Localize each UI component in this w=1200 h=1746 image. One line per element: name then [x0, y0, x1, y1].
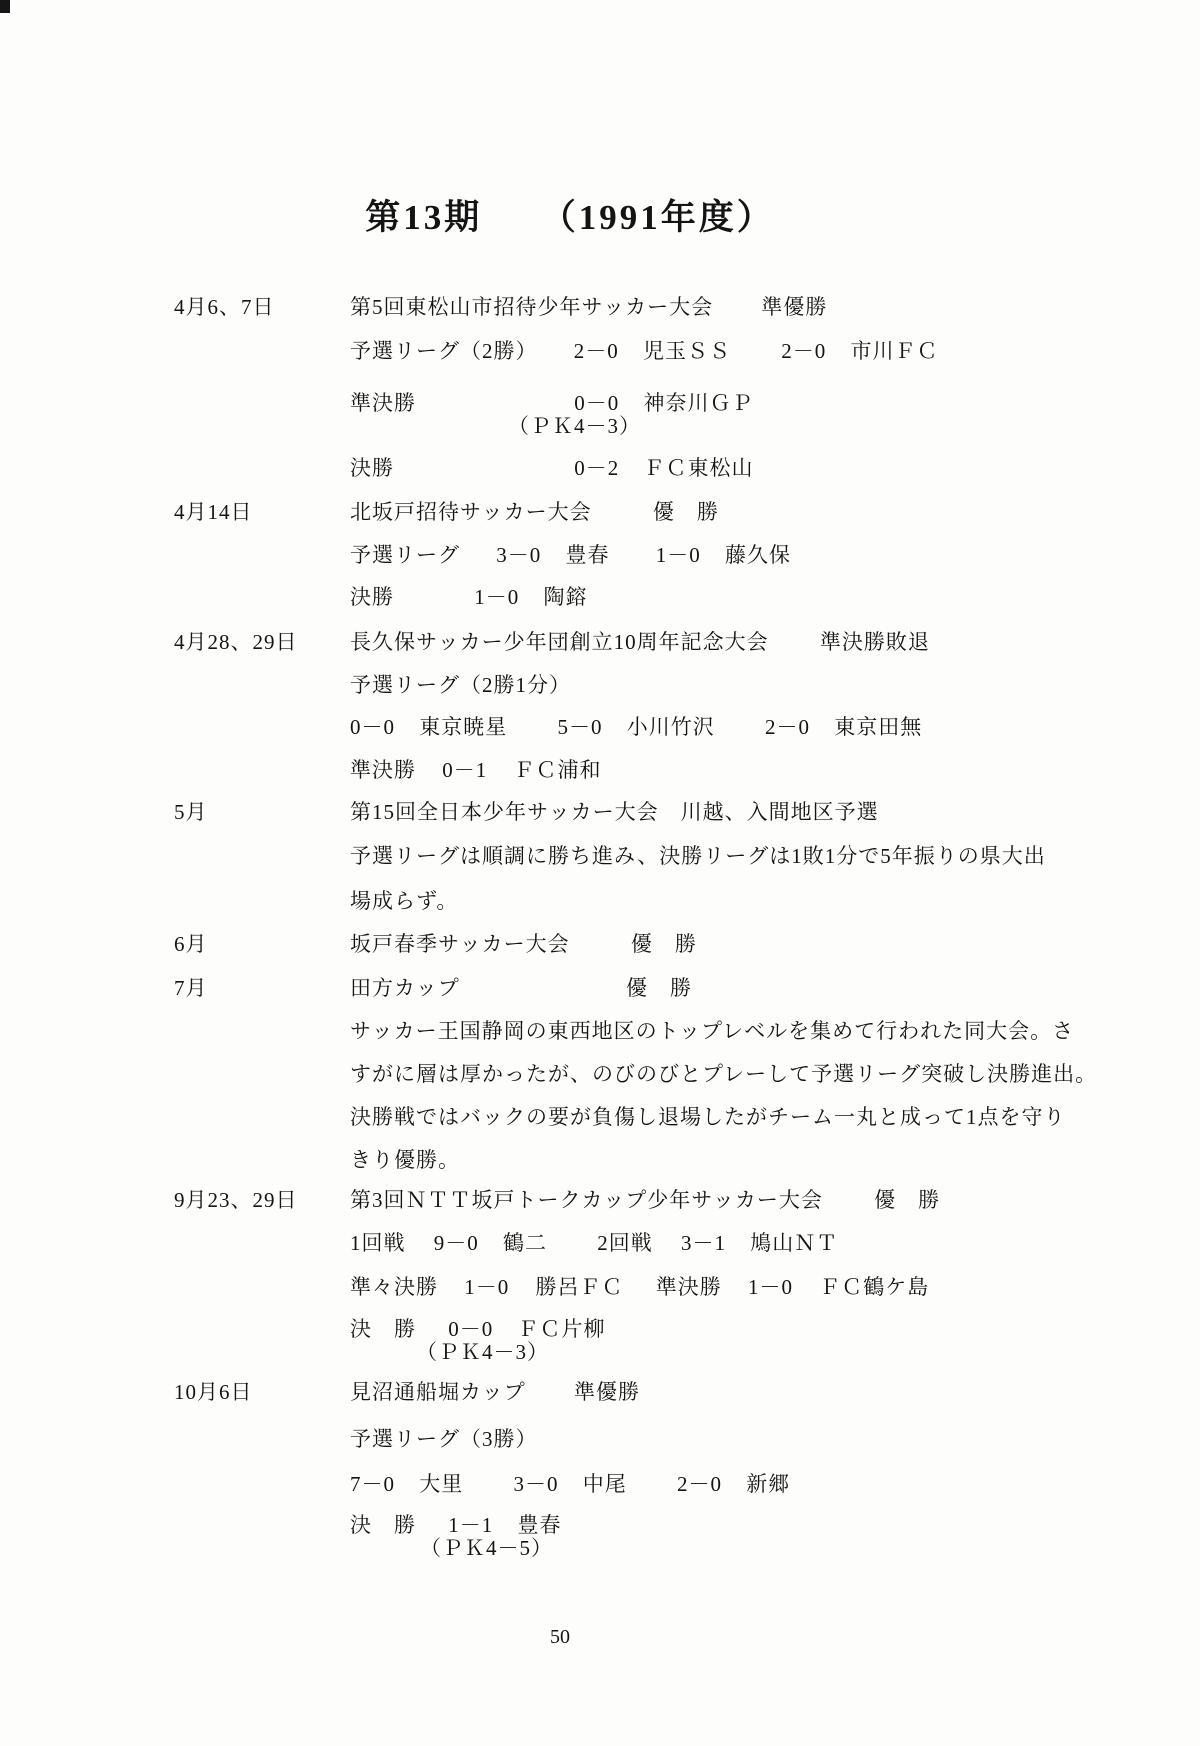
doc-line: 7月 田方カップ 優 勝 [350, 973, 692, 1003]
score: 1－0 [748, 1272, 793, 1302]
body-text: 決勝戦ではバックの要が負傷し退場したがチーム一丸と成って1点を守り [350, 1102, 1066, 1132]
date-label: 7月 [174, 973, 208, 1003]
body-text: サッカー王国静岡の東西地区のトップレベルを集めて行われた同大会。さ [350, 1016, 1074, 1046]
doc-line: 10月6日 見沼通船堀カップ 準優勝 [350, 1377, 640, 1407]
team-name: ＦＣ鶴ケ島 [819, 1272, 929, 1302]
team-name: 大里 [419, 1469, 463, 1499]
score: 2－0 [781, 336, 826, 366]
round-label: 準決勝 [350, 388, 416, 418]
event-title: 第15回全日本少年サッカー大会 川越、入間地区予選 [350, 797, 879, 827]
doc-line: 準決勝 0－1 ＦＣ浦和 [350, 755, 602, 785]
event-title: 第3回ＮＴＴ坂戸トークカップ少年サッカー大会 [350, 1185, 823, 1215]
event-title: 田方カップ [350, 973, 460, 1003]
team-name: 市川ＦＣ [851, 336, 939, 366]
round-label: 決 勝 [350, 1314, 416, 1344]
date-label: 4月14日 [174, 497, 253, 527]
team-name: ＦＣ浦和 [514, 755, 602, 785]
team-name: 新郷 [746, 1469, 790, 1499]
score: 1－0 [656, 540, 701, 570]
doc-line: 予選リーグ（3勝） [350, 1424, 538, 1454]
team-name: 鳩山ＮＴ [750, 1228, 838, 1258]
doc-line: 予選リーグは順調に勝ち進み、決勝リーグは1敗1分で5年振りの県大出 [350, 841, 1046, 871]
result-label: 優 勝 [653, 497, 719, 527]
event-title: 第5回東松山市招待少年サッカー大会 [350, 292, 713, 322]
page-number: 50 [0, 1626, 1120, 1649]
pk-score: （ＰＫ4－3） [508, 411, 641, 441]
score: 9－0 [434, 1228, 479, 1258]
score: 0－2 [574, 453, 619, 483]
score: 3－0 [514, 1469, 559, 1499]
round-label: 決 勝 [350, 1510, 416, 1540]
team-name: 児玉ＳＳ [643, 336, 731, 366]
round-label: 準々決勝 [350, 1272, 438, 1302]
doc-line: 決勝 0－2 ＦＣ東松山 [350, 453, 754, 483]
team-name: 神奈川ＧＰ [644, 388, 754, 418]
round-label: 予選リーグ [350, 540, 460, 570]
doc-line: 0－0 東京暁星 5－0 小川竹沢 2－0 東京田無 [350, 712, 922, 742]
body-text: きり優勝。 [350, 1145, 460, 1175]
doc-line: 9月23、29日 第3回ＮＴＴ坂戸トークカップ少年サッカー大会 優 勝 [350, 1185, 940, 1215]
score: 2－0 [677, 1469, 722, 1499]
scan-artifact-corner [0, 0, 10, 13]
doc-line: すがに層は厚かったが、のびのびとプレーして予選リーグ突破し決勝進出。 [350, 1059, 1097, 1089]
doc-line: （ＰＫ4－3） [508, 411, 641, 441]
team-name: 小川竹沢 [627, 712, 715, 742]
round-label: 予選リーグ（2勝） [350, 336, 538, 366]
round-label: 決勝 [350, 582, 394, 612]
round-label: 2回戦 [597, 1228, 653, 1258]
doc-line: 予選リーグ（2勝） 2－0 児玉ＳＳ 2－0 市川ＦＣ [350, 336, 939, 366]
event-title: 坂戸春季サッカー大会 [350, 929, 570, 959]
event-title: 北坂戸招待サッカー大会 [350, 497, 592, 527]
score: 1－0 [464, 1272, 509, 1302]
date-label: 4月28、29日 [174, 627, 298, 657]
team-name: 中尾 [583, 1469, 627, 1499]
score: 2－0 [574, 336, 619, 366]
score: 7－0 [350, 1469, 395, 1499]
doc-line: きり優勝。 [350, 1145, 460, 1175]
round-label: 予選リーグ（2勝1分） [350, 670, 571, 700]
body-text: すがに層は厚かったが、のびのびとプレーして予選リーグ突破し決勝進出。 [350, 1059, 1097, 1089]
pk-score: （ＰＫ4－3） [416, 1337, 549, 1367]
score: 0－0 [350, 712, 395, 742]
doc-line: 4月14日 北坂戸招待サッカー大会 優 勝 [350, 497, 719, 527]
doc-line: 予選リーグ（2勝1分） [350, 670, 571, 700]
team-name: 東京暁星 [419, 712, 507, 742]
doc-line: （ＰＫ4－3） [416, 1337, 549, 1367]
doc-line: 4月6、7日 第5回東松山市招待少年サッカー大会 準優勝 [350, 292, 827, 322]
event-title: 見沼通船堀カップ [350, 1377, 526, 1407]
doc-line: （ＰＫ4－5） [420, 1533, 553, 1563]
date-label: 5月 [174, 797, 208, 827]
result-label: 準決勝敗退 [820, 627, 930, 657]
page-title: 第13期 （1991年度） [0, 190, 1140, 240]
team-name: 藤久保 [725, 540, 791, 570]
body-text: 場成らず。 [350, 886, 458, 916]
doc-line: 6月 坂戸春季サッカー大会 優 勝 [350, 929, 697, 959]
result-label: 準優勝 [761, 292, 827, 322]
team-name: 東京田無 [834, 712, 922, 742]
result-label: 優 勝 [631, 929, 697, 959]
date-label: 6月 [174, 929, 208, 959]
date-label: 4月6、7日 [174, 292, 275, 322]
score: 3－1 [681, 1228, 726, 1258]
round-label: 予選リーグ（3勝） [350, 1424, 538, 1454]
doc-line: 1回戦 9－0 鶴二 2回戦 3－1 鳩山ＮＴ [350, 1228, 838, 1258]
doc-line: 予選リーグ 3－0 豊春 1－0 藤久保 [350, 540, 791, 570]
round-label: 決勝 [350, 453, 394, 483]
score: 3－0 [496, 540, 541, 570]
round-label: 準決勝 [350, 755, 416, 785]
score: 1－0 [474, 582, 519, 612]
score: 5－0 [558, 712, 603, 742]
team-name: 鶴二 [503, 1228, 547, 1258]
event-title: 長久保サッカー少年団創立10周年記念大会 [350, 627, 769, 657]
team-name: ＦＣ東松山 [644, 453, 754, 483]
doc-line: 準々決勝 1－0 勝呂ＦＣ 準決勝 1－0 ＦＣ鶴ケ島 [350, 1272, 929, 1302]
result-label: 優 勝 [626, 973, 692, 1003]
score: 2－0 [765, 712, 810, 742]
date-label: 10月6日 [174, 1377, 253, 1407]
doc-line: 5月 第15回全日本少年サッカー大会 川越、入間地区予選 [350, 797, 879, 827]
pk-score: （ＰＫ4－5） [420, 1533, 553, 1563]
result-label: 優 勝 [874, 1185, 940, 1215]
team-name: 勝呂ＦＣ [536, 1272, 624, 1302]
doc-line: 場成らず。 [350, 886, 458, 916]
document-page: 第13期 （1991年度） 4月6、7日 第5回東松山市招待少年サッカー大会 準… [0, 0, 1200, 1746]
doc-line: サッカー王国静岡の東西地区のトップレベルを集めて行われた同大会。さ [350, 1016, 1074, 1046]
date-label: 9月23、29日 [174, 1185, 298, 1215]
round-label: 1回戦 [350, 1228, 406, 1258]
score: 0－1 [442, 755, 487, 785]
doc-line: 決勝戦ではバックの要が負傷し退場したがチーム一丸と成って1点を守り [350, 1102, 1066, 1132]
team-name: 陶鎔 [544, 582, 588, 612]
body-text: 予選リーグは順調に勝ち進み、決勝リーグは1敗1分で5年振りの県大出 [350, 841, 1046, 871]
doc-line: 7－0 大里 3－0 中尾 2－0 新郷 [350, 1469, 790, 1499]
result-label: 準優勝 [574, 1377, 640, 1407]
round-label: 準決勝 [656, 1272, 722, 1302]
doc-line: 決勝 1－0 陶鎔 [350, 582, 588, 612]
doc-line: 4月28、29日 長久保サッカー少年団創立10周年記念大会 準決勝敗退 [350, 627, 930, 657]
team-name: 豊春 [566, 540, 610, 570]
